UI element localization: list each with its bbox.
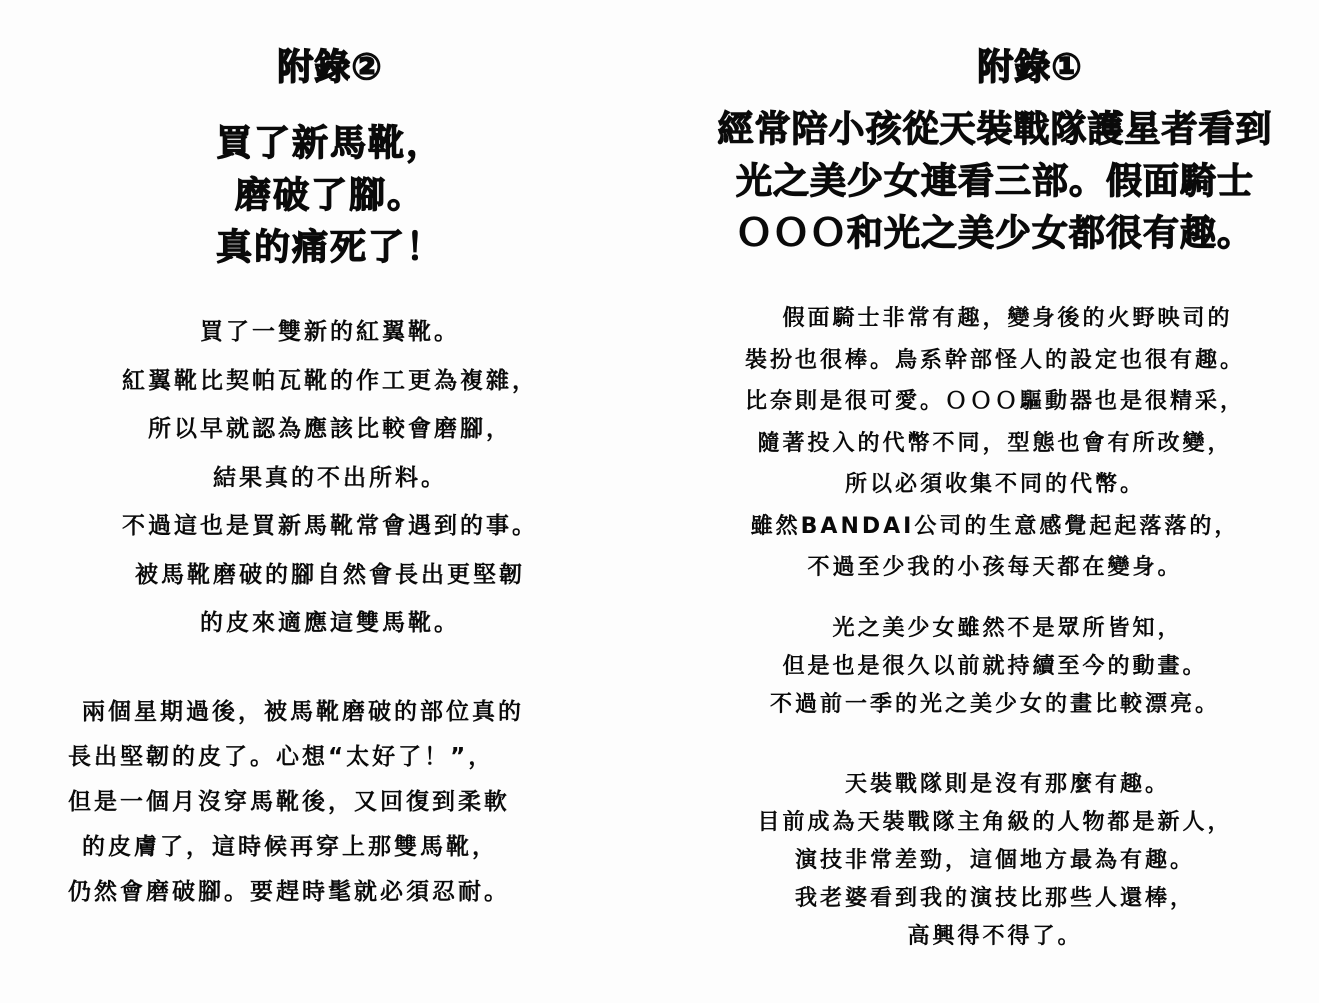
text-line: 雖然BANDAI公司的生意感覺起起落落的， bbox=[680, 506, 1310, 548]
text-line: 長出堅韌的皮了。心想“太好了！”， bbox=[68, 735, 628, 780]
paragraph: 兩個星期過後，被馬靴磨破的部位真的 長出堅韌的皮了。心想“太好了！”， 但是一個… bbox=[50, 690, 628, 915]
headline-line: 買了新馬靴， bbox=[120, 118, 540, 170]
text-line: 高興得不得了。 bbox=[680, 918, 1310, 956]
text-line: 目前成為天裝戰隊主角級的人物都是新人， bbox=[680, 804, 1310, 842]
headline-line: 磨破了腳。 bbox=[120, 170, 540, 222]
headline-line: ＯＯＯ和光之美少女都很有趣。 bbox=[670, 208, 1319, 260]
text-line: 我老婆看到我的演技比那些人還棒， bbox=[680, 880, 1310, 918]
headline-line: 經常陪小孩從天裝戰隊護星者看到 bbox=[670, 104, 1319, 156]
text-line: 天裝戰隊則是沒有那麼有趣。 bbox=[680, 766, 1310, 804]
text-line: 裝扮也很棒。鳥系幹部怪人的設定也很有趣。 bbox=[680, 340, 1310, 382]
text-line: 但是也是很久以前就持續至今的動畫。 bbox=[680, 648, 1310, 686]
paragraph: 買了一雙新的紅翼靴。 紅翼靴比契帕瓦靴的作工更為複雜， 所以早就認為應該比較會磨… bbox=[50, 308, 610, 648]
text-line: 所以早就認為應該比較會磨腳， bbox=[50, 405, 610, 454]
paragraph: 天裝戰隊則是沒有那麼有趣。 目前成為天裝戰隊主角級的人物都是新人， 演技非常差勁… bbox=[680, 766, 1310, 956]
text-line: 買了一雙新的紅翼靴。 bbox=[50, 308, 610, 357]
appendix-title: 附錄① bbox=[860, 48, 1200, 88]
headline: 經常陪小孩從天裝戰隊護星者看到 光之美少女連看三部。假面騎士 ＯＯＯ和光之美少女… bbox=[670, 104, 1319, 260]
headline-line: 光之美少女連看三部。假面騎士 bbox=[670, 156, 1319, 208]
text-line: 所以必須收集不同的代幣。 bbox=[680, 464, 1310, 506]
text-line: 比奈則是很可愛。ＯＯＯ驅動器也是很精采， bbox=[680, 381, 1310, 423]
text-line: 兩個星期過後，被馬靴磨破的部位真的 bbox=[68, 690, 628, 735]
text-line: 被馬靴磨破的腳自然會長出更堅韌 bbox=[50, 551, 610, 600]
right-page: 附錄① 經常陪小孩從天裝戰隊護星者看到 光之美少女連看三部。假面騎士 ＯＯＯ和光… bbox=[660, 0, 1319, 1003]
text-line: 結果真的不出所料。 bbox=[50, 454, 610, 503]
text-line: 的皮來適應這雙馬靴。 bbox=[50, 599, 610, 648]
text-line: 紅翼靴比契帕瓦靴的作工更為複雜， bbox=[50, 357, 610, 406]
text-line: 假面騎士非常有趣，變身後的火野映司的 bbox=[680, 298, 1310, 340]
text-line: 演技非常差勁，這個地方最為有趣。 bbox=[680, 842, 1310, 880]
text-line: 的皮膚了，這時候再穿上那雙馬靴， bbox=[68, 825, 628, 870]
text-line: 但是一個月沒穿馬靴後，又回復到柔軟 bbox=[68, 780, 628, 825]
text-line: 不過這也是買新馬靴常會遇到的事。 bbox=[50, 502, 610, 551]
text-line: 光之美少女雖然不是眾所皆知， bbox=[680, 610, 1310, 648]
paragraph: 假面騎士非常有趣，變身後的火野映司的 裝扮也很棒。鳥系幹部怪人的設定也很有趣。 … bbox=[680, 298, 1310, 589]
text-line: 隨著投入的代幣不同，型態也會有所改變， bbox=[680, 423, 1310, 465]
left-page: 附錄② 買了新馬靴， 磨破了腳。 真的痛死了！ 買了一雙新的紅翼靴。 紅翼靴比契… bbox=[0, 0, 660, 1003]
headline-line: 真的痛死了！ bbox=[120, 222, 540, 274]
headline: 買了新馬靴， 磨破了腳。 真的痛死了！ bbox=[120, 118, 540, 274]
appendix-title: 附錄② bbox=[160, 48, 500, 88]
text-line: 不過至少我的小孩每天都在變身。 bbox=[680, 547, 1310, 589]
text-line: 不過前一季的光之美少女的畫比較漂亮。 bbox=[680, 686, 1310, 724]
text-line: 仍然會磨破腳。要趕時髦就必須忍耐。 bbox=[68, 870, 628, 915]
paragraph: 光之美少女雖然不是眾所皆知， 但是也是很久以前就持續至今的動畫。 不過前一季的光… bbox=[680, 610, 1310, 724]
